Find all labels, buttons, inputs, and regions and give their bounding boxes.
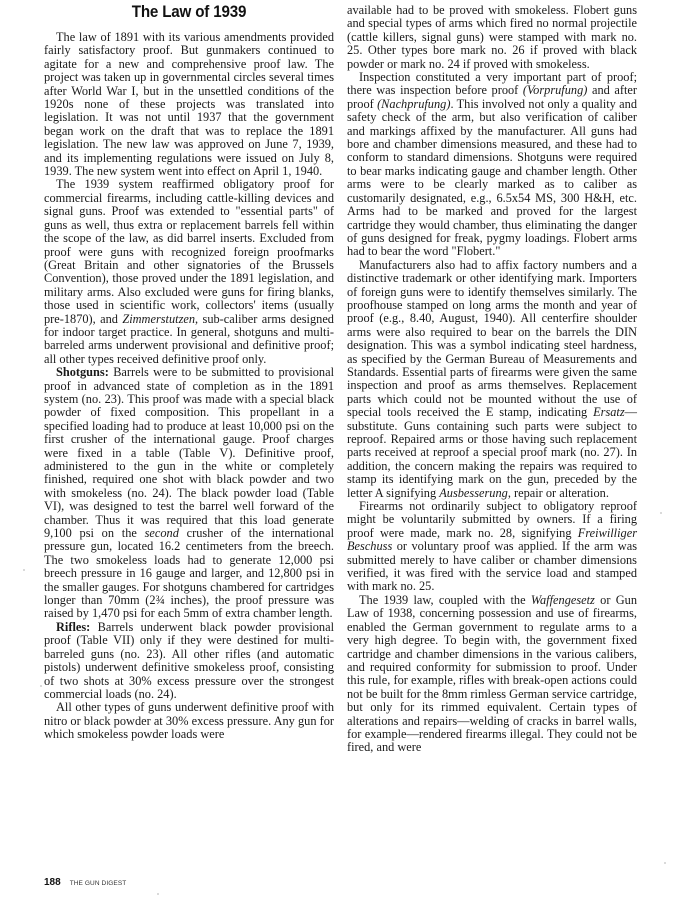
- text-run: The law of 1891 with its various amendme…: [44, 30, 334, 178]
- right-column-body: available had to be proved with smokeles…: [347, 4, 637, 755]
- italic-term: (Vorprufung): [523, 83, 587, 97]
- italic-term: Waffengesetz: [531, 593, 595, 607]
- paragraph: available had to be proved with smokeles…: [347, 4, 637, 71]
- paragraph: The law of 1891 with its various amendme…: [44, 31, 334, 178]
- paragraph: Firearms not ordinarily subject to oblig…: [347, 500, 637, 594]
- scan-speck: [660, 512, 662, 514]
- article-title: The Law of 1939: [56, 2, 323, 22]
- text-run: Manufacturers also had to affix factory …: [347, 258, 637, 419]
- text-run: crusher of the international pressure gu…: [44, 526, 334, 620]
- scan-speck: [157, 893, 159, 895]
- paragraph: All other types of guns underwent defini…: [44, 701, 334, 741]
- left-column-body: The law of 1891 with its various amendme…: [44, 31, 334, 742]
- italic-term: Ausbesserung: [439, 486, 508, 500]
- text-run: , repair or alteration.: [508, 486, 609, 500]
- scan-speck: [664, 862, 666, 864]
- text-run: All other types of guns underwent defini…: [44, 700, 334, 741]
- italic-term: second: [145, 526, 179, 540]
- run-in-heading: Rifles:: [56, 620, 90, 634]
- italic-term: (Nachprufung): [377, 97, 450, 111]
- scan-speck: [23, 569, 25, 571]
- left-column: The Law of 1939 The law of 1891 with its…: [44, 2, 334, 742]
- text-run: The 1939 law, coupled with the: [359, 593, 531, 607]
- page-footer: 188 THE GUN DIGEST: [44, 877, 126, 888]
- text-run: or Gun Law of 1938, concerning possessio…: [347, 593, 637, 754]
- publication-name: THE GUN DIGEST: [70, 880, 127, 887]
- scan-speck: [40, 685, 42, 687]
- paragraph: The 1939 system reaffirmed obligatory pr…: [44, 178, 334, 366]
- italic-term: Ersatz: [593, 405, 625, 419]
- paragraph: Manufacturers also had to affix factory …: [347, 259, 637, 500]
- paragraph: The 1939 law, coupled with the Waffenges…: [347, 594, 637, 755]
- magazine-page: The Law of 1939 The law of 1891 with its…: [0, 0, 687, 905]
- run-in-heading: Shotguns:: [56, 365, 109, 379]
- paragraph: Inspection constituted a very important …: [347, 71, 637, 259]
- paragraph: Shotguns: Barrels were to be submitted t…: [44, 366, 334, 621]
- text-run: The 1939 system reaffirmed obligatory pr…: [44, 177, 334, 325]
- text-run: available had to be proved with smokeles…: [347, 3, 637, 71]
- right-column: available had to be proved with smokeles…: [347, 4, 637, 755]
- paragraph: Rifles: Barrels underwent black powder p…: [44, 621, 334, 701]
- text-run: Barrels were to be submitted to provisio…: [44, 365, 334, 540]
- italic-term: Zimmerstutzen: [122, 312, 195, 326]
- page-number: 188: [44, 877, 61, 888]
- text-run: . This involved not only a quality and s…: [347, 97, 637, 258]
